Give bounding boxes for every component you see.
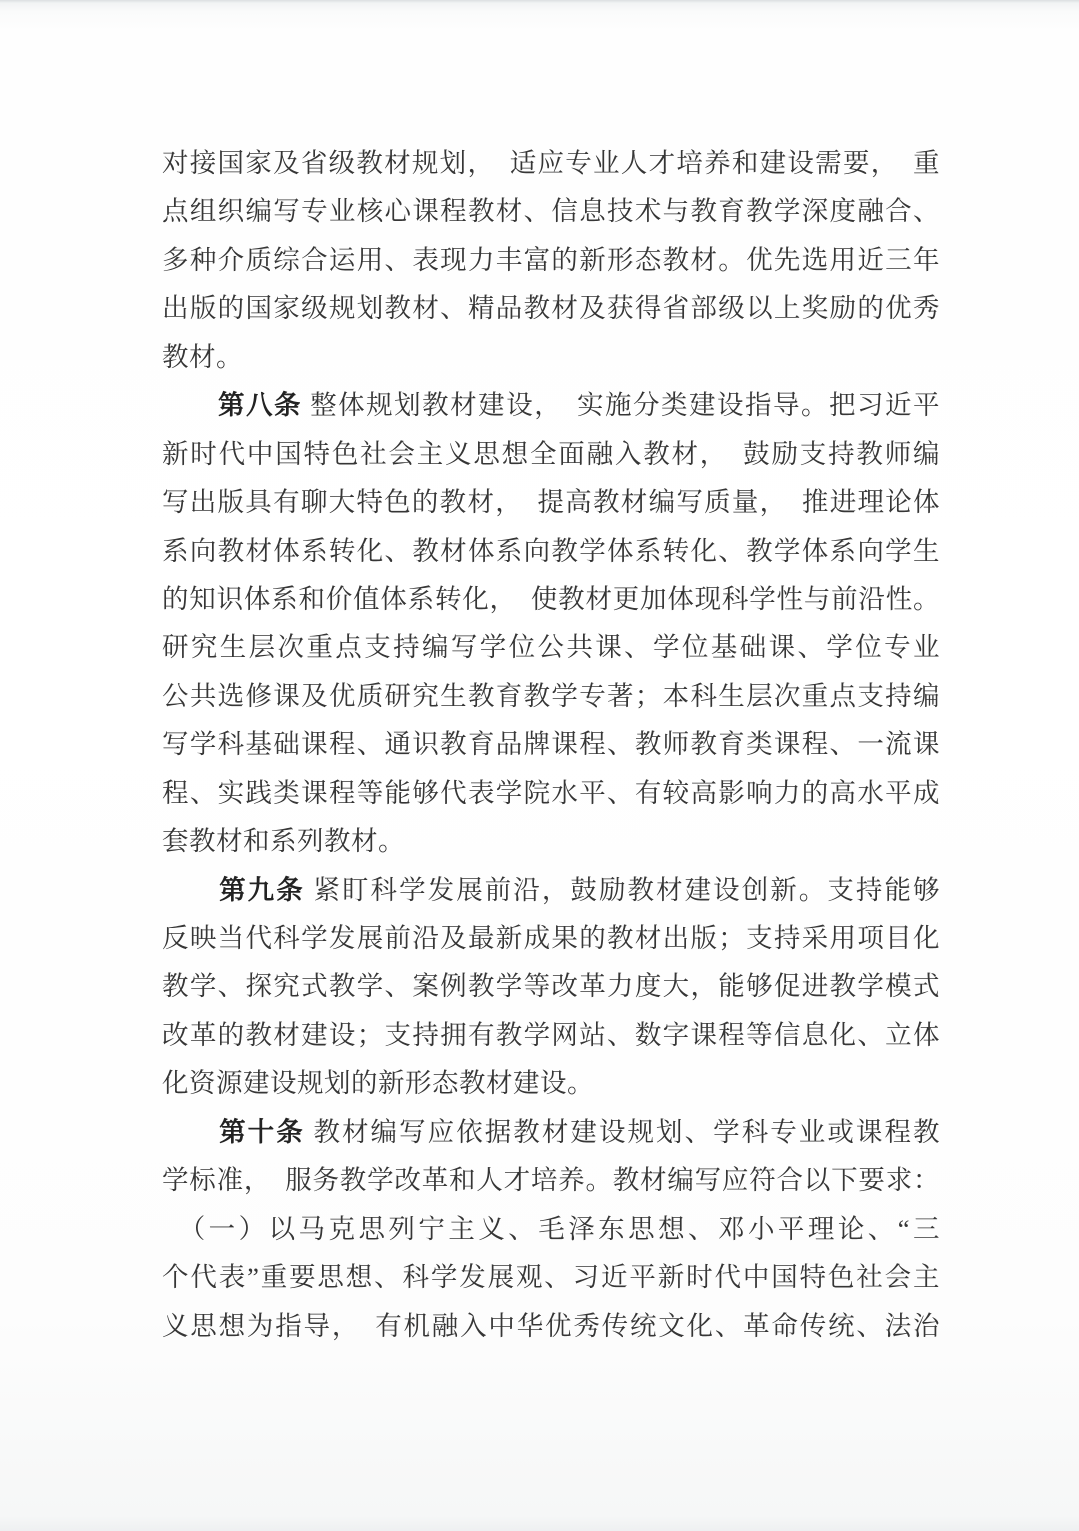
text-line: 个代表”重要思想、科学发展观、习近平新时代中国特色社会主 xyxy=(162,1253,940,1301)
text-line: 新时代中国特色社会主义思想全面融入教材， 鼓励支持教师编 xyxy=(162,430,940,478)
article-number: 第九条 xyxy=(162,875,305,905)
text-line: 义思想为指导， 有机融入中华优秀传统文化、革命传统、法治 xyxy=(162,1302,940,1350)
text-line: 研究生层次重点支持编写学位公共课、学位基础课、学位专业课、 xyxy=(162,623,940,671)
text-line: 写学科基础课程、通识教育品牌课程、教师教育类课程、一流课 xyxy=(162,720,940,768)
article-text: 紧盯科学发展前沿，鼓励教材建设创新。支持能够 xyxy=(305,875,940,905)
article-text: 教材编写应依据教材建设规划、学科专业或课程教 xyxy=(305,1117,940,1147)
article-number: 第八条 xyxy=(162,390,302,420)
text-line: 的知识体系和价值体系转化， 使教材更加体现科学性与前沿性。 xyxy=(162,575,940,623)
text-line: 化资源建设规划的新形态教材建设。 xyxy=(162,1059,940,1107)
article-number: 第十条 xyxy=(162,1117,305,1147)
text-line: 反映当代科学发展前沿及最新成果的教材出版；支持采用项目化 xyxy=(162,914,940,962)
text-line: 教材。 xyxy=(162,333,940,381)
text-line-article-10: 第十条 教材编写应依据教材建设规划、学科专业或课程教 xyxy=(162,1108,940,1156)
text-line: 系向教材体系转化、教材体系向教学体系转化、教学体系向学生 xyxy=(162,527,940,575)
text-line: 学标准， 服务教学改革和人才培养。教材编写应符合以下要求： xyxy=(162,1156,940,1204)
text-line: 点组织编写专业核心课程教材、信息技术与教育教学深度融合、 xyxy=(162,187,940,235)
text-line: 对接国家及省级教材规划， 适应专业人才培养和建设需要， 重 xyxy=(162,139,940,187)
text-line: 教学、探究式教学、案例教学等改革力度大，能够促进教学模式 xyxy=(162,962,940,1010)
text-line-article-9: 第九条 紧盯科学发展前沿，鼓励教材建设创新。支持能够 xyxy=(162,866,940,914)
text-line: （一）以马克思列宁主义、毛泽东思想、邓小平理论、“三 xyxy=(162,1205,940,1253)
text-line: 出版的国家级规划教材、精品教材及获得省部级以上奖励的优秀 xyxy=(162,284,940,332)
text-line: 公共选修课及优质研究生教育教学专著；本科生层次重点支持编 xyxy=(162,672,940,720)
text-line: 套教材和系列教材。 xyxy=(162,817,940,865)
document-body: 对接国家及省级教材规划， 适应专业人才培养和建设需要， 重 点组织编写专业核心课… xyxy=(162,139,940,1350)
article-text: 整体规划教材建设， 实施分类建设指导。把习近平 xyxy=(302,390,940,420)
document-page: 对接国家及省级教材规划， 适应专业人才培养和建设需要， 重 点组织编写专业核心课… xyxy=(0,0,1079,1531)
text-line: 程、实践类课程等能够代表学院水平、有较高影响力的高水平成 xyxy=(162,769,940,817)
text-line: 改革的教材建设；支持拥有教学网站、数字课程等信息化、立体 xyxy=(162,1011,940,1059)
text-line: 写出版具有聊大特色的教材， 提高教材编写质量， 推进理论体 xyxy=(162,478,940,526)
text-line-article-8: 第八条 整体规划教材建设， 实施分类建设指导。把习近平 xyxy=(162,381,940,429)
text-line: 多种介质综合运用、表现力丰富的新形态教材。优先选用近三年 xyxy=(162,236,940,284)
